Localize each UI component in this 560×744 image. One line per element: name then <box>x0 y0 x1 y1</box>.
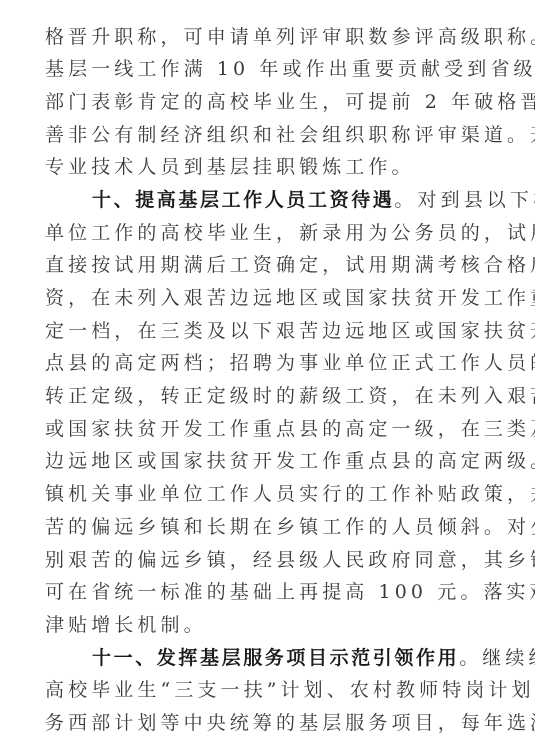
text-line: 格晋升职称，可申请单列评审职数参评高级职称。对在县乡 <box>45 21 535 53</box>
text-line: 边远地区或国家扶贫开发工作重点县的高定两级。落实对乡 <box>45 445 535 477</box>
section-text: 。对到县以下机关事业 <box>394 189 535 211</box>
text-line: 单位工作的高校毕业生，新录用为公务员的，试用期工资可 <box>45 217 535 249</box>
text-line: 镇机关事业单位工作人员实行的工作补贴政策，并向条件艰 <box>45 478 535 510</box>
text-line: 善非公有制经济组织和社会组织职称评审渠道。开展省、市 <box>45 119 535 151</box>
section-11-line: 十一、发挥基层服务项目示范引领作用。继续组织实施 <box>92 642 535 674</box>
text-line: 点县的高定两档；招聘为事业单位正式工作人员的，可提前 <box>45 347 535 379</box>
text-line: 专业技术人员到基层挂职锻炼工作。 <box>45 151 535 183</box>
text-line: 可在省统一标准的基础上再提高 100 元。落实艰苦边远地区 <box>45 576 535 608</box>
text-line: 别艰苦的偏远乡镇，经县级人民政府同意，其乡镇工作补贴 <box>45 544 535 576</box>
section-heading: 十一、发挥基层服务项目示范引领作用 <box>92 647 459 669</box>
section-text: 。继续组织实施 <box>459 647 535 669</box>
text-line: 苦的偏远乡镇和长期在乡镇工作的人员倾斜。对少数条件特 <box>45 511 535 543</box>
document-page: 格晋升职称，可申请单列评审职数参评高级职称。对在县乡 基层一线工作满 10 年或… <box>0 0 560 744</box>
section-10-line: 十、提高基层工作人员工资待遇。对到县以下机关事业 <box>92 184 535 216</box>
text-line: 转正定级，转正定级时的薪级工资，在未列入艰苦边远地区 <box>45 380 535 412</box>
text-line: 直接按试用期满后工资确定，试用期满考核合格后的级别工 <box>45 249 535 281</box>
text-line: 资，在未列入艰苦边远地区或国家扶贫开发工作重点县的高 <box>45 282 535 314</box>
text-line: 或国家扶贫开发工作重点县的高定一级，在三类及以下艰苦 <box>45 413 535 445</box>
text-line: 高校毕业生“三支一扶”计划、农村教师特岗计划、志愿服 <box>45 674 535 706</box>
text-line: 津贴增长机制。 <box>45 609 535 641</box>
text-line: 定一档，在三类及以下艰苦边远地区或国家扶贫开发工作重 <box>45 315 535 347</box>
text-line: 部门表彰肯定的高校毕业生，可提前 2 年破格晋升职称。完 <box>45 86 535 118</box>
section-heading: 十、提高基层工作人员工资待遇 <box>92 189 394 211</box>
text-line: 基层一线工作满 10 年或作出重要贡献受到省级及以上主管 <box>45 53 535 85</box>
text-line: 务西部计划等中央统筹的基层服务项目，每年选派一批高校 <box>45 707 535 739</box>
